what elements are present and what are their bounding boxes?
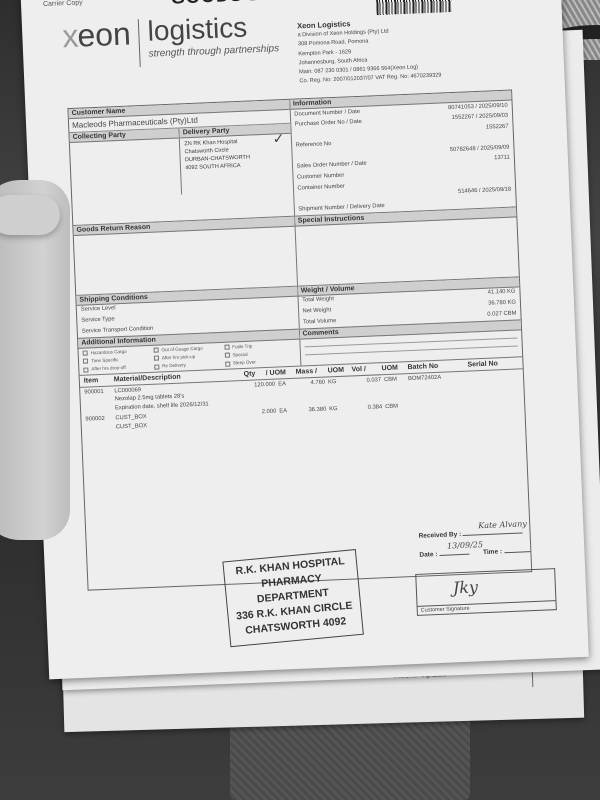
logo-divider [138,19,141,67]
check-mark-icon: ✓ [272,134,284,142]
option-time-specific[interactable]: Time Specific [83,356,154,364]
time-value [504,551,530,553]
checkbox[interactable] [224,345,229,350]
option-sleep-over[interactable]: Sleep Over [225,358,296,366]
receipt-section: Kate Alvany Received By : 13/09/25 Date … [418,518,559,559]
option-after-hrs-pickup[interactable]: After hrs pick-up [154,353,225,361]
signature-label: Customer Signature [418,600,556,615]
company-address: Xeon Logistics a Division of Xeon Holdin… [297,14,442,87]
checkbox[interactable] [83,359,88,364]
pharmacy-stamp: R.K. KHAN HOSPITAL PHARMACY DEPARTMENT 3… [222,549,363,647]
barcode [376,0,452,15]
signature-mark: Jky [452,577,478,597]
photo-scene: Customer Signature Page 1 of 1 09/10 09/… [0,0,600,800]
delivery-note-page: Carrier Copy GOODS DELIVERY NOTE Page 1 … [20,0,589,679]
checkbox[interactable] [83,367,88,372]
checkbox[interactable] [83,350,88,355]
option-futile-trip[interactable]: Futile Trip [224,342,295,350]
logo-eon: eon [77,15,132,54]
company-logo: x eon logistics strength through partner… [62,9,280,70]
received-by-label: Received By : [418,531,461,540]
time-label: Time : [483,548,502,556]
checkbox[interactable] [154,356,159,361]
logo-logistics: logistics [147,9,279,48]
checkbox[interactable] [153,348,158,353]
option-re-delivery[interactable]: Re Delivery [154,361,225,369]
signature-box: Jky Customer Signature [415,568,557,616]
option-hazardous-cargo[interactable]: Hazardous Cargo [83,347,154,355]
checkbox[interactable] [225,361,230,366]
option-after-hrs-dropoff[interactable]: After hrs drop-off [83,364,154,372]
thumb [0,195,60,235]
copy-label: Carrier Copy [43,0,83,8]
date-label: Date : [419,551,437,559]
option-special[interactable]: Special [224,350,295,358]
delivery-form: Customer Name Macleods Pharmaceuticals (… [67,89,532,590]
option-out-of-gauge[interactable]: Out of Guage Cargo [153,344,224,352]
information-rows: Document Number / Date80741053 / 2025/09… [290,101,516,216]
delivery-party-address: ZN RK Khan Hospital Chatsworth Circle DU… [180,134,292,175]
checkbox[interactable] [154,364,159,369]
checkbox[interactable] [224,353,229,358]
document-title: GOODS DELIVERY NOTE [170,0,406,9]
logo-x: x [62,18,79,56]
